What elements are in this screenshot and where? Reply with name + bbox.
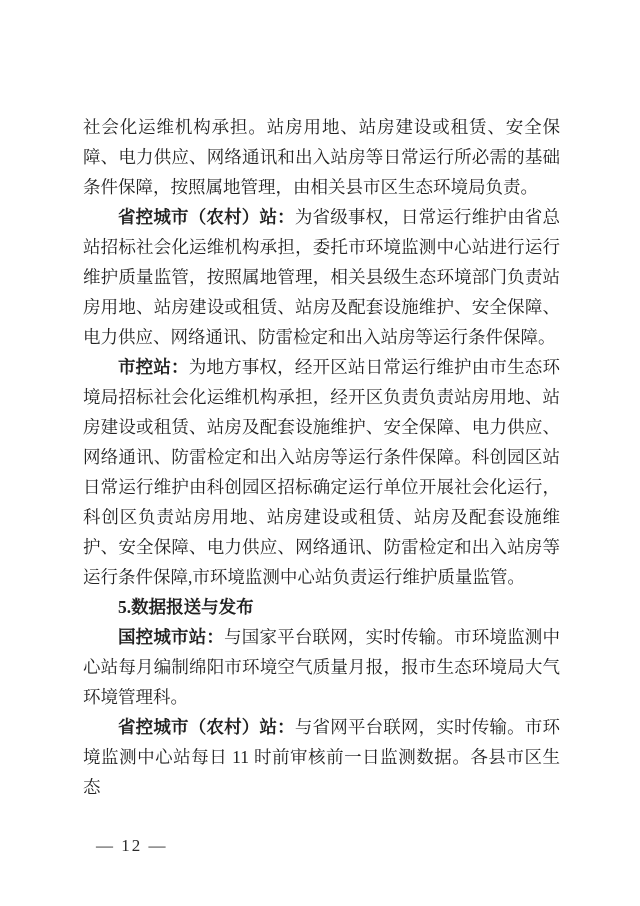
paragraph-lead: 省控城市（农村）站： [118, 207, 295, 227]
paragraph-municipal-station: 市控站：为地方事权，经开区站日常运行维护由市生态环境局招标社会化运维机构承担，经… [83, 352, 560, 592]
document-body: 社会化运维机构承担。站房用地、站房建设或租赁、安全保障、电力供应、网络通讯和出入… [83, 112, 560, 802]
paragraph-provincial-network-station: 省控城市（农村）站：与省网平台联网，实时传输。市环境监测中心站每日 11 时前审… [83, 712, 560, 802]
paragraph-lead: 市控站： [118, 357, 189, 377]
section-heading-data-reporting: 5.数据报送与发布 [83, 592, 560, 622]
document-page: 社会化运维机构承担。站房用地、站房建设或租赁、安全保障、电力供应、网络通讯和出入… [0, 0, 640, 906]
paragraph-body: 社会化运维机构承担。站房用地、站房建设或租赁、安全保障、电力供应、网络通讯和出入… [83, 117, 560, 197]
paragraph-continuation: 社会化运维机构承担。站房用地、站房建设或租赁、安全保障、电力供应、网络通讯和出入… [83, 112, 560, 202]
paragraph-lead: 省控城市（农村）站： [118, 717, 295, 737]
paragraph-provincial-city-station: 省控城市（农村）站：为省级事权，日常运行维护由省总站招标社会化运维机构承担，委托… [83, 202, 560, 352]
paragraph-lead: 国控城市站： [118, 627, 224, 647]
paragraph-body: 为地方事权，经开区站日常运行维护由市生态环境局招标社会化运维机构承担，经开区负责… [83, 357, 560, 587]
page-number: — 12 — [96, 836, 560, 856]
paragraph-body: 为省级事权，日常运行维护由省总站招标社会化运维机构承担，委托市环境监测中心站进行… [83, 207, 560, 347]
paragraph-national-city-station: 国控城市站：与国家平台联网，实时传输。市环境监测中心站每月编制绵阳市环境空气质量… [83, 622, 560, 712]
